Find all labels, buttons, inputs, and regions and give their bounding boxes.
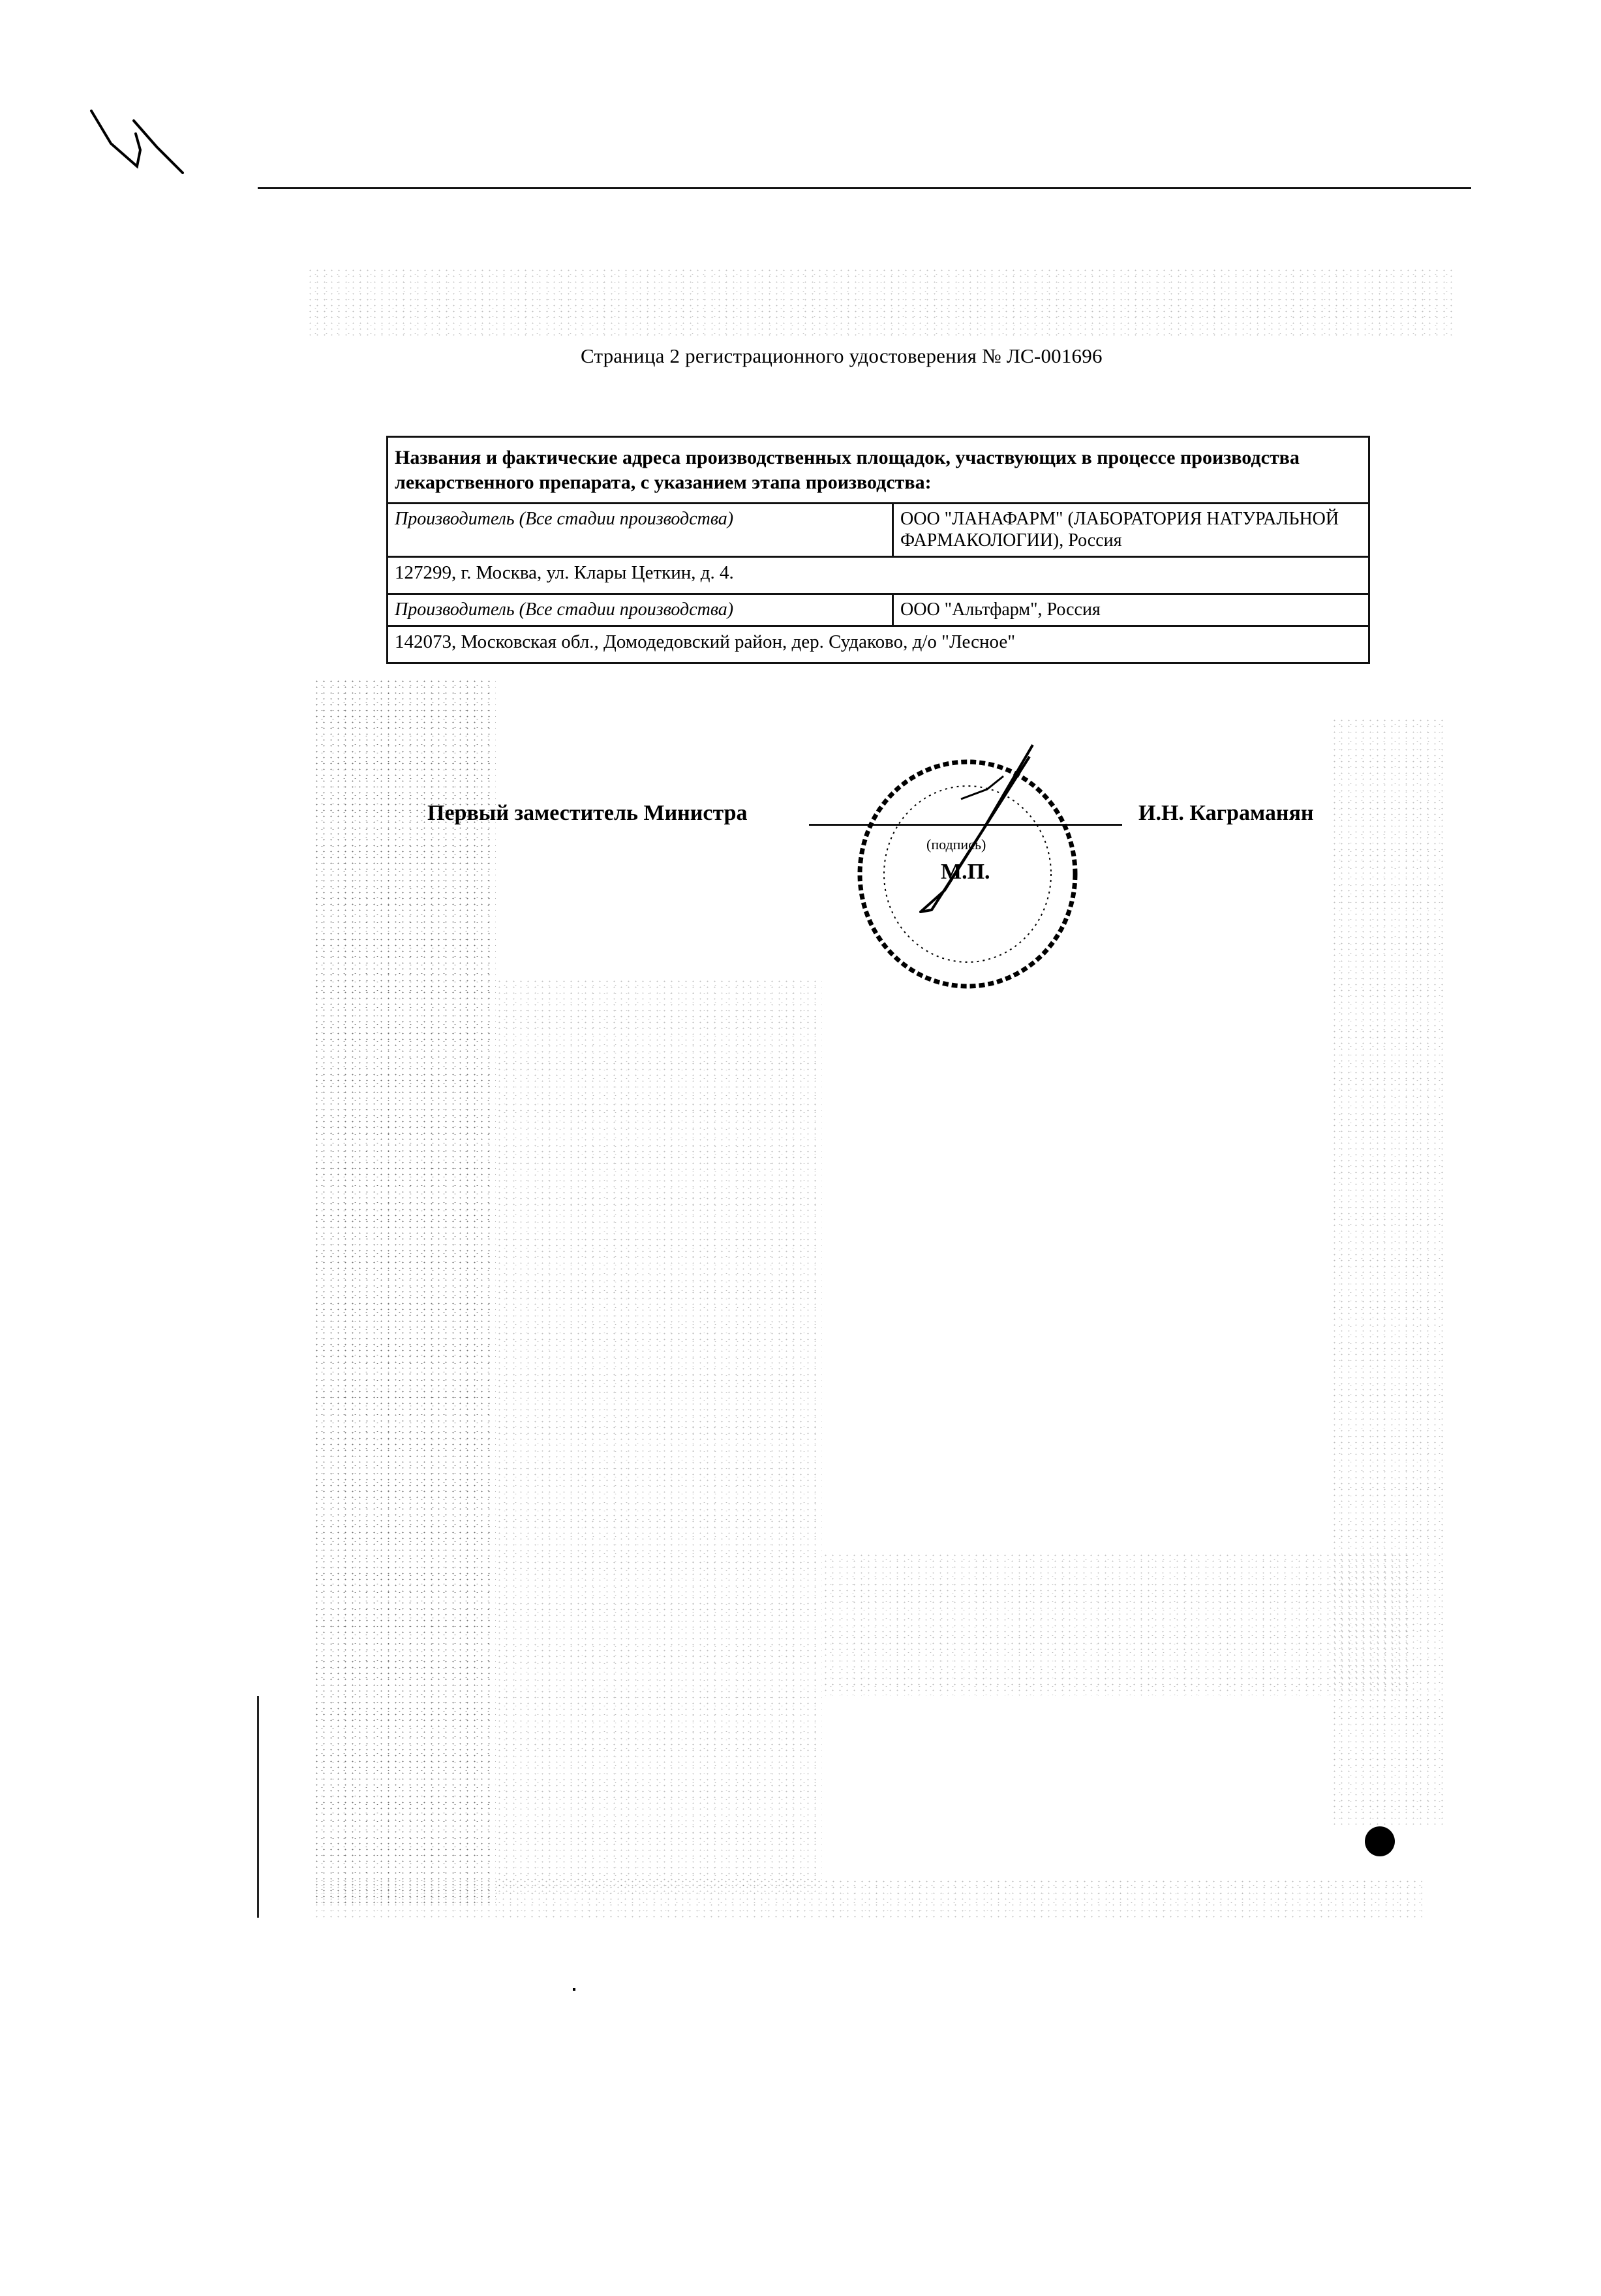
certificate-page-header: Страница 2 регистрационного удостоверени… bbox=[581, 344, 1103, 368]
scan-speck bbox=[573, 1988, 575, 1991]
left-edge-rule bbox=[257, 1696, 259, 1918]
table-row: 142073, Московская обл., Домодедовский р… bbox=[388, 626, 1369, 663]
site-name: ООО "Альтфарм", Россия bbox=[893, 594, 1369, 626]
scan-noise bbox=[307, 267, 1455, 339]
scan-noise bbox=[313, 678, 496, 1905]
top-rule-divider bbox=[258, 187, 1471, 189]
scan-noise bbox=[822, 1552, 1409, 1696]
seal-place-mark: М.П. bbox=[941, 860, 990, 884]
site-role: Производитель (Все стадии производства) bbox=[388, 594, 893, 626]
site-name: ООО "ЛАНАФАРМ" (ЛАБОРАТОРИЯ НАТУРАЛЬНОЙ … bbox=[893, 503, 1369, 556]
site-address: 142073, Московская обл., Домодедовский р… bbox=[388, 626, 1369, 663]
handwritten-page-mark-icon bbox=[85, 104, 202, 183]
scan-dot-mark-icon bbox=[1365, 1826, 1395, 1856]
signature-caption: (подпись) bbox=[926, 836, 986, 853]
production-sites-table: Названия и фактические адреса производст… bbox=[386, 436, 1370, 664]
table-row: 127299, г. Москва, ул. Клары Цеткин, д. … bbox=[388, 556, 1369, 594]
table-title: Названия и фактические адреса производст… bbox=[388, 437, 1369, 504]
scan-noise bbox=[496, 978, 822, 1892]
site-role: Производитель (Все стадии производства) bbox=[388, 503, 893, 556]
table-row: Производитель (Все стадии производства) … bbox=[388, 594, 1369, 626]
table-row: Производитель (Все стадии производства) … bbox=[388, 503, 1369, 556]
site-address: 127299, г. Москва, ул. Клары Цеткин, д. … bbox=[388, 556, 1369, 594]
signatory-position: Первый заместитель Министра bbox=[427, 801, 747, 826]
scan-noise bbox=[313, 1879, 1422, 1918]
signatory-name: И.Н. Каграманян bbox=[1138, 801, 1313, 826]
